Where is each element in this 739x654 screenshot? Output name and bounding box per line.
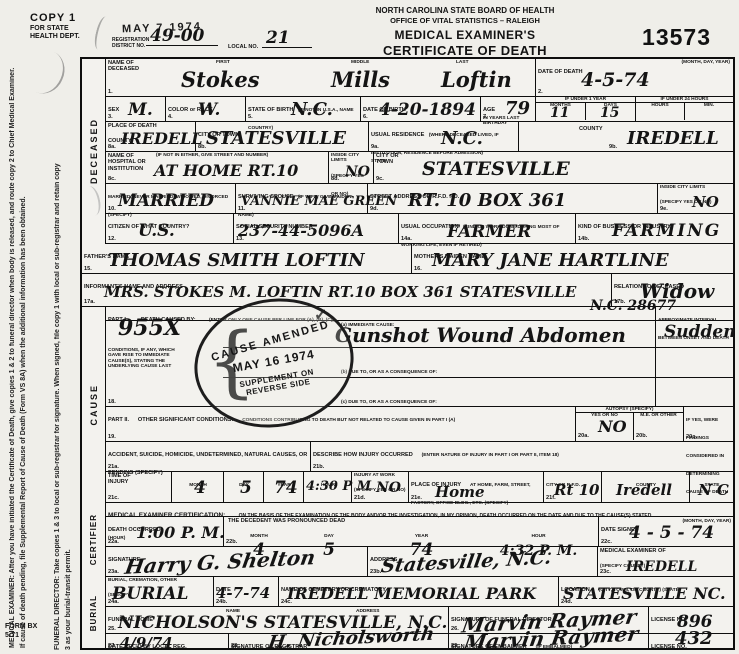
value-injury-month: 4 (194, 480, 206, 497)
field-days: DAYS 15 (586, 103, 635, 120)
value-sex: M. (128, 102, 153, 119)
field-state-of-birth: STATE OF BIRTH (IF NOT IN U.S.A., NAME C… (246, 97, 361, 121)
medical-examiner-instructions: MEDICAL EXAMINER: After you have initiat… (8, 62, 52, 648)
section-strip-burial: BURIAL (82, 577, 106, 650)
field-inside-city-limits-residence: INSIDE CITY LIMITS (SPECIFY YES OR NO) 9… (658, 184, 733, 213)
field-embalmer-license: LICENSE NO. 432 (649, 634, 733, 650)
field-burial-type: BURIAL, CREMATION, OTHER (SPECIFY) 24a. … (106, 577, 214, 606)
field-place-of-death-city: CITY OR TOWN 8b. STATESVILLE (196, 122, 369, 151)
field-me-signature: SIGNATURE 23a. Harry G. Shelton (106, 547, 368, 576)
field-citizen-of: CITIZEN OF WHAT COUNTRY? 12. U.S. (106, 214, 234, 243)
value-me-address: Statesville, N.C. (380, 549, 553, 577)
field-age: AGE IN YEARS LAST BIRTHDAY 7. 79 (481, 97, 536, 121)
field-surviving-spouse: SURVIVING SPOUSE (IF WIFE, GIVE MAIDEN N… (236, 184, 368, 213)
field-medical-examiner-of-county: MEDICAL EXAMINER OF (SPECIFY COUNTY) 23c… (598, 547, 733, 576)
field-time-of-injury: TIME OFINJURY 21c. (106, 472, 172, 502)
value-autopsy: NO (598, 419, 627, 435)
value-injury-state: N C (698, 483, 729, 498)
field-informant: INFORMANT'S NAME AND ADDRESS 17a. MRS. S… (82, 274, 612, 306)
field-other-significant-conditions: PART II. OTHER SIGNIFICANT CONDITIONS: C… (106, 407, 576, 441)
interval-boxes: Sudden (656, 321, 733, 406)
field-hours: HOURS (636, 103, 685, 120)
field-kind-of-business: KIND OF BUSINESS OR INDUSTRY 14b. FARMIN… (576, 214, 733, 243)
value-months: 11 (550, 106, 569, 120)
field-registrar-signature: SIGNATURE OF REGISTRAR 28. H. Nicholswor… (229, 634, 449, 650)
value-cemetery-name: IREDELL MEMORIAL PARK (287, 586, 536, 602)
title-medical-examiners: MEDICAL EXAMINER'S (300, 28, 630, 43)
value-kind-of-business: FARMING (612, 223, 721, 240)
value-injury-city: Rt 10 (554, 483, 600, 498)
field-me-address: ADDRESS 23b. Statesville, N.C. (368, 547, 598, 576)
field-fathers-name: FATHER'S NAME 15. THOMAS SMITH LOFTIN (82, 244, 412, 273)
value-me-signature: Harry G. Shelton (123, 547, 316, 577)
value-interval-a: Sudden (664, 324, 736, 341)
value-marital-status: MARRIED (118, 193, 214, 210)
field-date-signed: DATE SIGNED (MONTH, DAY, YEAR) 22c. 4 - … (599, 517, 733, 546)
me-certification-statement: MEDICAL EXAMINER CERTIFICATION: ON THE B… (106, 503, 733, 516)
field-mothers-maiden-name: MOTHER'S MAIDEN NAME 16. MARY JANE HARTL… (412, 244, 733, 273)
section-strip-deceased: DECEASED (82, 59, 106, 244)
value-citizen-of: U.S. (138, 223, 175, 240)
board-of-health-line: NORTH CAROLINA STATE BOARD OF HEALTH (300, 6, 630, 16)
registration-district-value: 49-00 (146, 28, 218, 46)
field-autopsy: AUTOPSY (SPECIFY) YES OR NO 20a. NO M.E.… (576, 407, 684, 441)
vital-statistics-line: OFFICE OF VITAL STATISTICS – RALEIGH (300, 16, 630, 25)
value-death-city: STATESVILLE (206, 130, 346, 148)
field-date-of-birth: DATE OF BIRTH6. 4-20-1894 (361, 97, 481, 121)
value-me-county: IREDELL (626, 560, 697, 574)
value-date-received: 4/9/74 (120, 636, 173, 651)
field-inside-city-limits-death: INSIDE CITY LIMITS (SPECIFY YES OR NO) 8… (329, 152, 374, 183)
certificate-number: 13573 (642, 24, 711, 51)
field-injury-hour: HOUR 4:30 P M (304, 472, 352, 502)
field-marital-status: MARRIED, NEVER MARRIED, WIDOWED, DIVORCE… (106, 184, 236, 213)
field-hospital-or-institution: NAME OFHOSPITAL ORINSTITUTION (IF NOT IN… (106, 152, 329, 183)
field-place-of-injury: PLACE OF INJURY AT HOME, FARM, STREET, F… (409, 472, 544, 502)
value-burial-date: 4-7-74 (216, 586, 270, 601)
value-informant: MRS. STOKES M. LOFTIN RT.10 BOX 361 STAT… (104, 285, 576, 300)
value-death-county: IREDELL (121, 131, 203, 147)
value-residence-state: N.C. (441, 130, 483, 148)
field-if-under-one-year: IF UNDER 1 YEAR MONTHS 11 DAYS 15 (536, 97, 636, 121)
form-code: FORM BX 5-71 (5, 622, 37, 640)
certificate-form: DECEASED CAUSE CERTIFIER BURIAL NAME OFD… (80, 57, 735, 650)
field-residence-state: USUAL RESIDENCE (WHERE DECEASED LIVED, I… (369, 122, 519, 151)
cause-code-annotation: 955X (118, 317, 181, 339)
value-last-name: Loftin (441, 69, 512, 90)
registration-district-label: REGISTRATION DISTRICT NO. (112, 38, 149, 49)
field-cemetery-name: NAME OF CEMETERY OR CREMATORY 24c. IREDE… (279, 577, 559, 606)
value-death-occurred-hour: 1:00 P. M. (136, 525, 225, 541)
field-autopsy-yes-no: YES OR NO 20a. NO (576, 413, 634, 440)
value-street-address: RT. 10 BOX 361 (408, 192, 566, 210)
form-title-block: NORTH CAROLINA STATE BOARD OF HEALTH OFF… (300, 6, 630, 60)
value-age: 79 (505, 100, 530, 118)
field-interval-a: Sudden (656, 321, 733, 348)
value-inside-city-death: NO (345, 165, 370, 179)
field-residence-city-town: CITY ORTOWN 9c. STATESVILLE (374, 152, 733, 183)
value-injury-year: 74 (274, 480, 298, 497)
value-injury-county: Iredell (616, 483, 672, 498)
local-no-label: LOCAL NO. (228, 44, 258, 50)
value-usual-occupation: FARMER (447, 224, 531, 241)
stray-pencil-mark (92, 15, 112, 51)
field-social-security-number: SOCIAL SECURITY NUMBER 13. 237-44-5096A (234, 214, 399, 243)
value-middle-name: Mills (331, 69, 390, 90)
value-place-of-injury: Home (435, 485, 485, 500)
copy-number: COPY 1 (30, 12, 80, 25)
value-social-security-number: 237-44-5096A (238, 223, 364, 239)
value-race: W. (198, 102, 220, 119)
field-date-of-death: DATE OF DEATH (MONTH, DAY, YEAR) 2. 4-5-… (536, 59, 733, 96)
value-embalmer-license: 432 (675, 630, 713, 648)
value-injury-at-work: NO (376, 481, 401, 495)
copy-label: COPY 1 FOR STATE HEALTH DEPT. (30, 12, 80, 41)
value-first-name: Stokes (181, 69, 260, 90)
field-date-received: DATE REC'D BY LOCAL REG. 27. 4/9/74 (106, 634, 229, 650)
field-interval-b (656, 348, 733, 378)
field-months: MONTHS 11 (536, 103, 586, 120)
field-injury-city-rfd: CITY OR R.F.D. 21f. Rt 10 (544, 472, 602, 502)
field-injury-year: YEAR 74 (264, 472, 304, 502)
funeral-director-instructions: FUNERAL DIRECTOR: Take copies 1 & 3 to l… (53, 158, 79, 650)
value-date-of-birth: 4-20-1894 (379, 102, 476, 119)
field-place-of-death-county: PLACE OF DEATH COUNTY 8a. IREDELL (106, 122, 196, 151)
field-injury-at-work: INJURY AT WORK (SPECIFY YES OR NO) 21d. … (352, 472, 409, 502)
value-place-if-not-hospital: AT HOME RT.10 (154, 163, 298, 179)
section-strip-cause: CAUSE (82, 307, 106, 503)
value-injury-day: 5 (240, 480, 252, 497)
informant-address-overflow: N.C. 28677 (590, 299, 676, 313)
field-name-of-deceased: NAME OFDECEASED FIRST MIDDLE LAST 1. Sto… (106, 59, 536, 96)
value-date-of-death: 4-5-74 (581, 71, 650, 90)
field-injury-day: DAY 5 (224, 472, 264, 502)
field-interval-c (656, 378, 733, 407)
value-state-of-birth: N.C. (291, 101, 333, 119)
field-usual-occupation: USUAL OCCUPATION (KIND OF WORK DONE DURI… (399, 214, 576, 243)
value-burial-type: BURIAL (112, 586, 188, 603)
value-date-signed: 4 - 5 - 74 (629, 525, 714, 542)
value-fathers-name: THOMAS SMITH LOFTIN (108, 252, 365, 270)
field-street-address: STREET ADDRESS OR R.F.D. NO. 9d. RT. 10 … (368, 184, 658, 213)
field-cemetery-location: LOCATION (CITY, TOWN, OR COUNTY) (STATE)… (559, 577, 733, 606)
field-burial-date: DATE 24b. 4-7-74 (214, 577, 279, 606)
field-residence-county: COUNTY 9b. IREDELL (519, 122, 733, 151)
value-residence-city: STATESVILLE (422, 160, 570, 179)
field-injury-month: MONTH 4 (172, 472, 224, 502)
value-inside-city-residence: NO (692, 195, 719, 210)
field-manner-of-death: ACCIDENT, SUICIDE, HOMICIDE, UNDETERMINE… (106, 442, 311, 471)
field-if-under-24-hours: IF UNDER 24 HOURS HOURS MIN. (636, 97, 733, 121)
field-pronounced-dead: THE DECEDENT WAS PRONOUNCED DEAD 22b. MO… (224, 517, 599, 546)
field-embalmer-signature: SIGNATURE OF EMBALMER (IF EMBALMED) 29. … (449, 634, 649, 650)
value-residence-county: IREDELL (627, 130, 719, 148)
part1-header: PART I. DEATH CAUSED BY: (ENTER ONLY ONE… (106, 307, 656, 320)
value-immediate-cause: Gunshot Wound Abdomen (335, 325, 626, 345)
value-cemetery-location: STATESVILLE NC. (563, 586, 726, 602)
field-injury-county: COUNTY Iredell (602, 472, 690, 502)
value-mothers-maiden-name: MARY JANE HARTLINE (432, 252, 669, 270)
death-certificate-scan: COPY 1 FOR STATE HEALTH DEPT. MAY 7 1974… (0, 0, 739, 654)
field-sex: SEX3. M. (106, 97, 166, 121)
field-race: COLOR or RACE4. W. (166, 97, 246, 121)
field-how-injury-occurred: DESCRIBE HOW INJURY OCCURRED (ENTER NATU… (311, 442, 733, 471)
field-findings-considered: IF YES, WERE FINDINGS CONSIDERED IN DETE… (684, 407, 733, 441)
field-autopsy-me-or-other: M.E. OR OTHER 20b. (634, 413, 683, 440)
field-death-occurred-hour: DEATH OCCURRED (HOUR) 22a. 1:00 P. M. (106, 517, 224, 546)
field-minutes: MIN. (685, 103, 733, 120)
section-strip-certifier: CERTIFIER (82, 503, 106, 577)
value-days: 15 (600, 106, 619, 120)
field-injury-state: STATE N C (690, 472, 733, 502)
